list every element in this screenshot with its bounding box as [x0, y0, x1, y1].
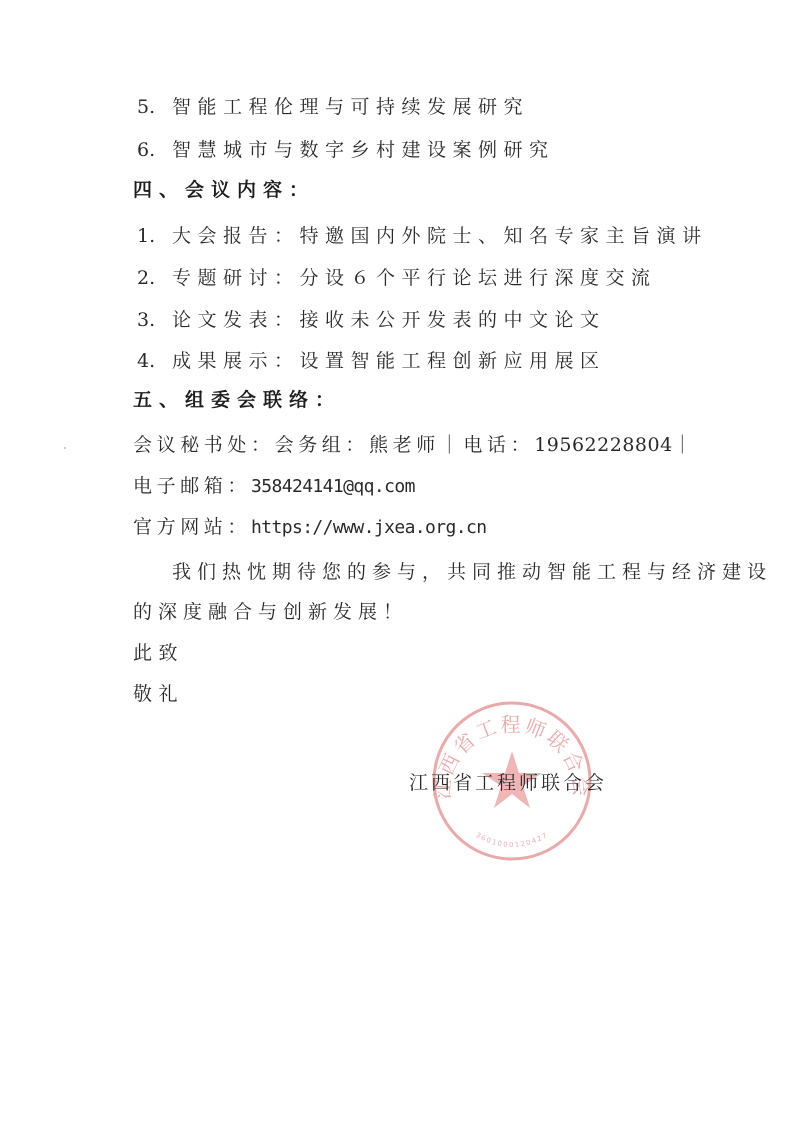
website-line: 官方网站：https://www.jxea.org.cn	[133, 515, 486, 540]
content-item-2: 2.专题研讨：分设６个平行论坛进行深度交流	[137, 266, 657, 290]
item-text: 专题研讨：分设６个平行论坛进行深度交流	[172, 267, 657, 289]
topic-number: 6.	[137, 138, 172, 162]
secretariat-label: 会议秘书处：会务组：熊老师｜电话：	[133, 434, 534, 456]
website-label: 官方网站：	[133, 516, 251, 538]
signing-organization: 江西省工程师联合会	[409, 768, 607, 795]
phone-suffix: ｜	[673, 434, 697, 456]
phone-number: 19562228804	[534, 434, 672, 456]
section-heading-contact: 五、组委会联络：	[133, 388, 341, 412]
section-heading-meeting-content: 四、会议内容：	[133, 178, 315, 202]
topic-item-6: 6.智慧城市与数字乡村建设案例研究	[137, 138, 555, 162]
item-text: 成果展示：设置智能工程创新应用展区	[172, 350, 606, 372]
email-line: 电子邮箱：358424141@qq.com	[133, 474, 415, 499]
salutation-jingli: 敬礼	[133, 682, 184, 706]
website-url: https://www.jxea.org.cn	[251, 517, 486, 538]
svg-text:3601000120427: 3601000120427	[474, 831, 550, 849]
item-number: 4.	[137, 349, 172, 373]
item-number: 1.	[137, 224, 172, 248]
item-text: 论文发表：接收未公开发表的中文论文	[172, 309, 606, 331]
item-number: 2.	[137, 266, 172, 290]
item-number: 3.	[137, 308, 172, 332]
scan-speck	[64, 447, 66, 449]
secretariat-line: 会议秘书处：会务组：熊老师｜电话：19562228804｜	[133, 433, 696, 457]
content-item-1: 1.大会报告：特邀国内外院士、知名专家主旨演讲	[137, 224, 708, 248]
seal-code-text: 3601000120427	[474, 831, 550, 849]
item-text: 大会报告：特邀国内外院士、知名专家主旨演讲	[172, 225, 708, 247]
email-label: 电子邮箱：	[133, 475, 251, 497]
topic-number: 5.	[137, 95, 172, 119]
topic-text: 智慧城市与数字乡村建设案例研究	[172, 139, 555, 161]
topic-item-5: 5.智能工程伦理与可持续发展研究	[137, 95, 529, 119]
closing-paragraph-line-1: 我们热忱期待您的参与，共同推动智能工程与经济建设	[172, 560, 772, 584]
content-item-3: 3.论文发表：接收未公开发表的中文论文	[137, 308, 606, 332]
content-item-4: 4.成果展示：设置智能工程创新应用展区	[137, 349, 606, 373]
closing-paragraph-line-2: 的深度融合与创新发展！	[133, 600, 408, 624]
email-address: 358424141@qq.com	[251, 476, 415, 497]
salutation-cizhi: 此致	[133, 641, 184, 665]
topic-text: 智能工程伦理与可持续发展研究	[172, 96, 529, 118]
